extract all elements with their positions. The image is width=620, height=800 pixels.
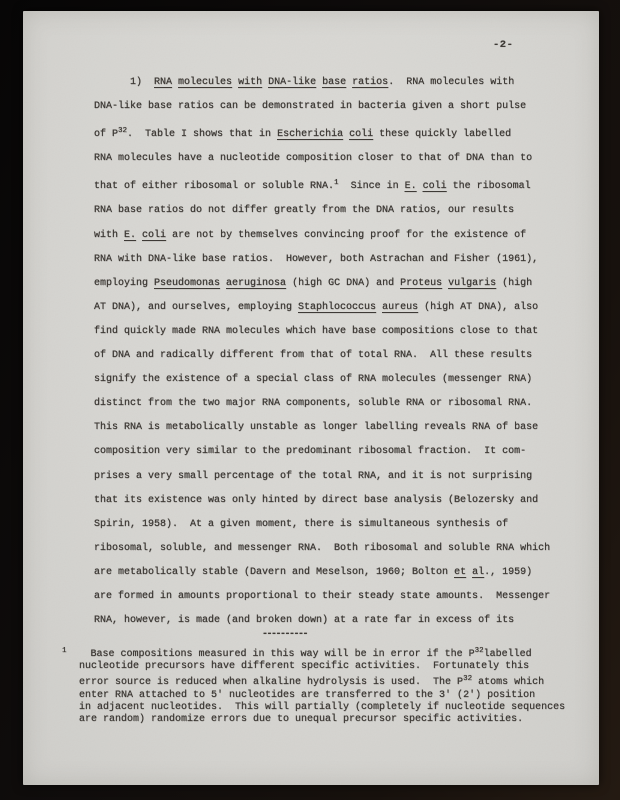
text-run: signify the existence of a special class… bbox=[94, 374, 532, 385]
text-run: RNA with DNA-like base ratios. However, … bbox=[94, 254, 538, 265]
text-line: RNA with DNA-like base ratios. However, … bbox=[94, 248, 579, 272]
text-run: Since in bbox=[339, 181, 405, 192]
underlined-text: coli bbox=[423, 181, 447, 192]
text-run: these quickly labelled bbox=[373, 129, 511, 140]
text-line: ribosomal, soluble, and messenger RNA. B… bbox=[94, 537, 579, 561]
text-line: enter RNA attached to 5' nucleotides are… bbox=[79, 690, 587, 702]
text-run: Spirin, 1958). At a given moment, there … bbox=[94, 519, 508, 530]
document-page: -2- 1) RNA molecules with DNA-like base … bbox=[23, 11, 599, 785]
text-run: that of either ribosomal or soluble RNA. bbox=[94, 181, 334, 192]
text-line: signify the existence of a special class… bbox=[94, 368, 579, 392]
superscript: 32 bbox=[475, 647, 484, 655]
text-run: are formed in amounts proportional to th… bbox=[94, 591, 550, 602]
text-line: are metabolically stable (Davern and Mes… bbox=[94, 561, 579, 585]
text-run: employing bbox=[94, 278, 154, 289]
text-run: RNA, however, is made (and broken down) … bbox=[94, 615, 514, 626]
text-run: of DNA and radically different from that… bbox=[94, 350, 532, 361]
text-run: that its existence was only hinted by di… bbox=[94, 495, 538, 506]
text-run: Base compositions measured in this way w… bbox=[67, 649, 475, 660]
underlined-text: coli bbox=[142, 230, 166, 241]
text-line: find quickly made RNA molecules which ha… bbox=[94, 320, 579, 344]
underlined-text: et bbox=[454, 567, 466, 578]
text-run: labelled bbox=[484, 649, 532, 660]
underlined-text: al bbox=[472, 567, 484, 578]
text-run: are not by themselves convincing proof f… bbox=[166, 230, 526, 241]
text-line: RNA, however, is made (and broken down) … bbox=[94, 609, 579, 633]
underlined-text: E. bbox=[124, 230, 136, 241]
underlined-text: vulgaris bbox=[448, 278, 496, 289]
underlined-text: RNA bbox=[154, 77, 172, 88]
scan-background: -2- 1) RNA molecules with DNA-like base … bbox=[0, 0, 620, 800]
text-line: prises a very small percentage of the to… bbox=[94, 465, 579, 489]
text-run: RNA base ratios do not differ greatly fr… bbox=[94, 205, 514, 216]
text-run: ., 1959) bbox=[484, 567, 532, 578]
text-line: of P32. Table I shows that in Escherichi… bbox=[94, 119, 579, 147]
text-line: are random) randomize errors due to uneq… bbox=[79, 714, 587, 726]
underlined-text: with bbox=[238, 77, 262, 88]
text-line: are formed in amounts proportional to th… bbox=[94, 585, 579, 609]
text-run: the ribosomal bbox=[447, 181, 531, 192]
text-line: RNA molecules have a nucleotide composit… bbox=[94, 147, 579, 171]
superscript: 32 bbox=[118, 127, 127, 135]
text-run: 1) bbox=[94, 77, 154, 88]
underlined-text: molecules bbox=[178, 77, 232, 88]
text-line: 1 Base compositions measured in this way… bbox=[79, 645, 587, 661]
text-run: atoms which bbox=[472, 677, 544, 688]
underlined-text: Escherichia bbox=[277, 129, 343, 140]
underlined-text: base bbox=[322, 77, 346, 88]
underlined-text: aeruginosa bbox=[226, 278, 286, 289]
text-line: error source is reduced when alkaline hy… bbox=[79, 673, 587, 689]
text-run: This RNA is metabolically unstable as lo… bbox=[94, 422, 538, 433]
text-run: (high AT DNA), also bbox=[418, 302, 538, 313]
text-line: RNA base ratios do not differ greatly fr… bbox=[94, 199, 579, 223]
text-run: are random) randomize errors due to uneq… bbox=[79, 714, 523, 725]
text-run: nucleotide precursors have different spe… bbox=[79, 661, 529, 672]
text-run: are metabolically stable (Davern and Mes… bbox=[94, 567, 454, 578]
text-line: composition very similar to the predomin… bbox=[94, 440, 579, 464]
text-line: with E. coli are not by themselves convi… bbox=[94, 224, 579, 248]
text-line: AT DNA), and ourselves, employing Staphl… bbox=[94, 296, 579, 320]
text-run: (high bbox=[496, 278, 532, 289]
text-run: AT DNA), and ourselves, employing bbox=[94, 302, 298, 313]
underlined-text: aureus bbox=[382, 302, 418, 313]
underlined-text: Proteus bbox=[400, 278, 442, 289]
text-run: with bbox=[94, 230, 124, 241]
text-run: . Table I shows that in bbox=[127, 129, 277, 140]
text-line: of DNA and radically different from that… bbox=[94, 344, 579, 368]
superscript: 32 bbox=[463, 675, 472, 683]
text-run: error source is reduced when alkaline hy… bbox=[79, 677, 463, 688]
text-run: distinct from the two major RNA componen… bbox=[94, 398, 532, 409]
text-run: enter RNA attached to 5' nucleotides are… bbox=[79, 690, 535, 701]
text-line: DNA-like base ratios can be demonstrated… bbox=[94, 95, 579, 119]
text-run: . RNA molecules with bbox=[388, 77, 514, 88]
underlined-text: Pseudomonas bbox=[154, 278, 220, 289]
text-line: in adjacent nucleotides. This will parti… bbox=[79, 702, 587, 714]
text-run: composition very similar to the predomin… bbox=[94, 446, 526, 457]
underlined-text: Staphlococcus bbox=[298, 302, 376, 313]
text-run: ribosomal, soluble, and messenger RNA. B… bbox=[94, 543, 550, 554]
text-run: (high GC DNA) and bbox=[286, 278, 400, 289]
page-number: -2- bbox=[493, 39, 513, 51]
underlined-text: DNA-like bbox=[268, 77, 316, 88]
body-text: 1) RNA molecules with DNA-like base rati… bbox=[94, 71, 579, 633]
text-run: of P bbox=[94, 129, 118, 140]
footnote-text: 1 Base compositions measured in this way… bbox=[79, 645, 587, 726]
text-line: This RNA is metabolically unstable as lo… bbox=[94, 416, 579, 440]
underlined-text: coli bbox=[349, 129, 373, 140]
text-line: Spirin, 1958). At a given moment, there … bbox=[94, 513, 579, 537]
text-run: in adjacent nucleotides. This will parti… bbox=[79, 702, 565, 713]
text-run: RNA molecules have a nucleotide composit… bbox=[94, 153, 532, 164]
footnote-separator: ---------- bbox=[262, 629, 307, 640]
underlined-text: ratios bbox=[352, 77, 388, 88]
text-line: that its existence was only hinted by di… bbox=[94, 489, 579, 513]
underlined-text: E. bbox=[405, 181, 417, 192]
text-line: distinct from the two major RNA componen… bbox=[94, 392, 579, 416]
text-run: find quickly made RNA molecules which ha… bbox=[94, 326, 538, 337]
text-line: that of either ribosomal or soluble RNA.… bbox=[94, 171, 579, 199]
text-run: prises a very small percentage of the to… bbox=[94, 471, 532, 482]
photo-background: { "document": { "page_number": "-2-", "i… bbox=[0, 0, 620, 800]
text-run: DNA-like base ratios can be demonstrated… bbox=[94, 101, 526, 112]
text-line: nucleotide precursors have different spe… bbox=[79, 661, 587, 673]
text-line: employing Pseudomonas aeruginosa (high G… bbox=[94, 272, 579, 296]
text-line: 1) RNA molecules with DNA-like base rati… bbox=[94, 71, 579, 95]
